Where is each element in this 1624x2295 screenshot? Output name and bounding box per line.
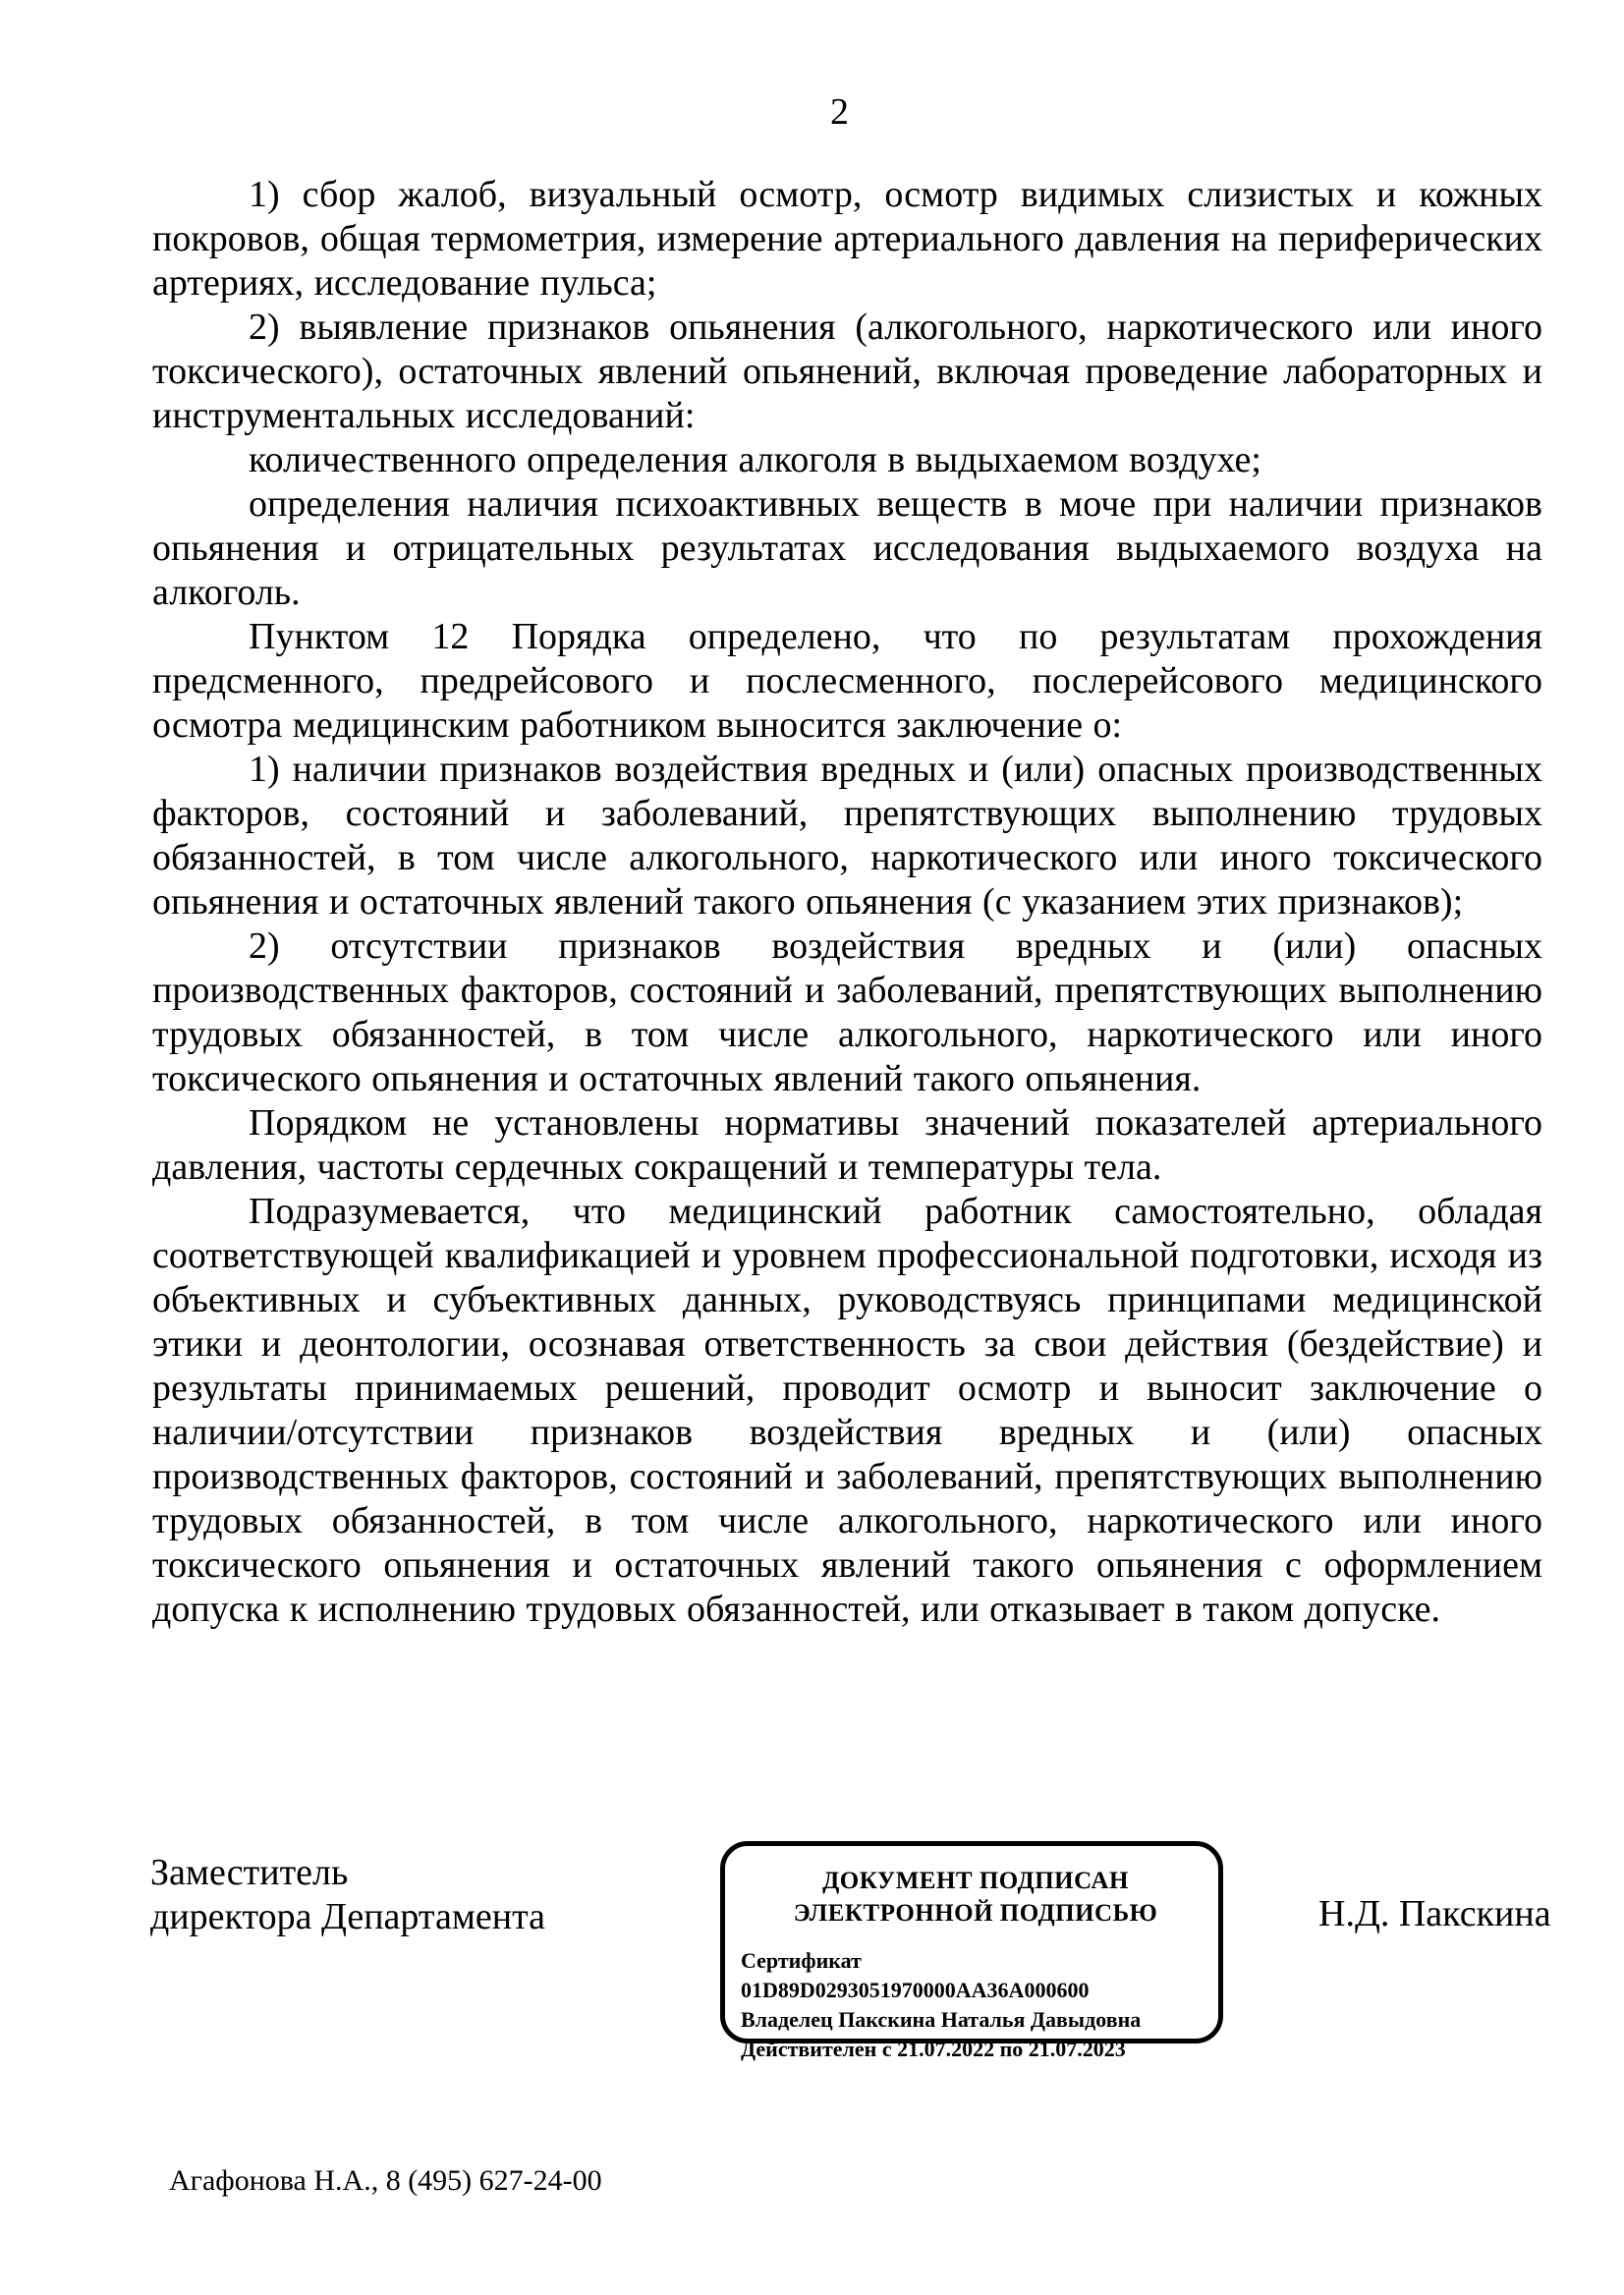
- body-paragraph: 2) выявление признаков опьянения (алкого…: [152, 306, 1542, 438]
- body-paragraph: Порядком не установлены нормативы значен…: [152, 1101, 1542, 1190]
- body-paragraph: количественного определения алкоголя в в…: [152, 438, 1542, 482]
- body-paragraph: определения наличия психоактивных вещест…: [152, 482, 1542, 615]
- body-paragraph: 1) наличии признаков воздействия вредных…: [152, 748, 1542, 924]
- stamp-validity: Действителен с 21.07.2022 по 21.07.2023: [741, 2035, 1210, 2064]
- signatory-position-line1: Заместитель: [150, 1851, 545, 1895]
- signatory-name: Н.Д. Пакскина: [1318, 1892, 1551, 1936]
- stamp-title-line1: ДОКУМЕНТ ПОДПИСАН: [741, 1865, 1210, 1897]
- body-paragraph: Пунктом 12 Порядка определено, что по ре…: [152, 615, 1542, 748]
- stamp-details: Сертификат 01D89D0293051970000AA36A00060…: [741, 1946, 1210, 2064]
- body-paragraph: 2) отсутствии признаков воздействия вред…: [152, 924, 1542, 1101]
- executor-contact: Агафонова Н.А., 8 (495) 627-24-00: [169, 2163, 602, 2199]
- signatory-position: Заместитель директора Департамента: [150, 1851, 545, 1939]
- document-page: 2 1) сбор жалоб, визуальный осмотр, осмо…: [0, 0, 1624, 2295]
- signatory-position-line2: директора Департамента: [150, 1895, 545, 1939]
- stamp-title-line2: ЭЛЕКТРОННОЙ ПОДПИСЬЮ: [741, 1897, 1210, 1930]
- body-paragraph: 1) сбор жалоб, визуальный осмотр, осмотр…: [152, 173, 1542, 306]
- stamp-certificate: Сертификат 01D89D0293051970000AA36A00060…: [741, 1946, 1210, 2005]
- e-signature-stamp: ДОКУМЕНТ ПОДПИСАН ЭЛЕКТРОННОЙ ПОДПИСЬЮ С…: [720, 1841, 1223, 2043]
- page-number: 2: [0, 92, 1624, 132]
- stamp-title: ДОКУМЕНТ ПОДПИСАН ЭЛЕКТРОННОЙ ПОДПИСЬЮ: [741, 1865, 1210, 1930]
- body-paragraph: Подразумевается, что медицинский работни…: [152, 1190, 1542, 1632]
- document-body: 1) сбор жалоб, визуальный осмотр, осмотр…: [152, 173, 1542, 1632]
- stamp-owner: Владелец Пакскина Наталья Давыдовна: [741, 2005, 1210, 2035]
